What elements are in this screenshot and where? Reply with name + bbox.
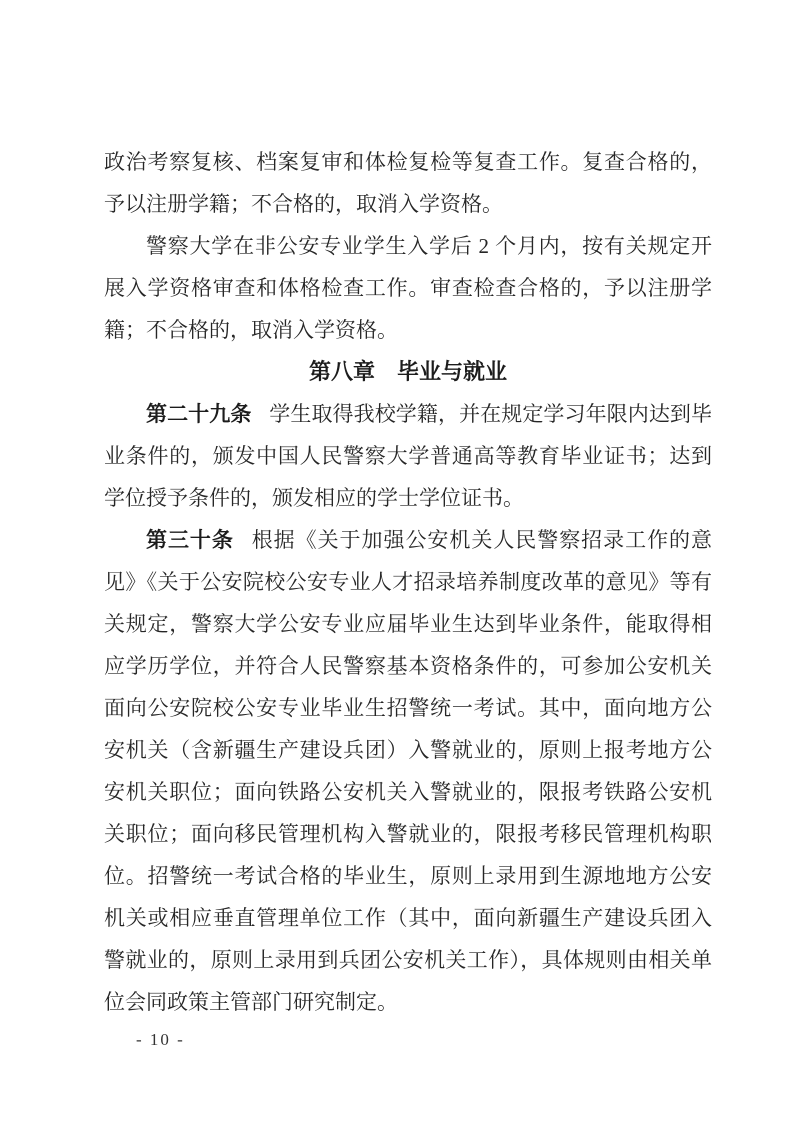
page-number: - 10 -: [136, 1026, 185, 1054]
article-29-paragraph: 第二十九条学生取得我校学籍，并在规定学习年限内达到毕业条件的，颁发中国人民警察大…: [104, 393, 712, 519]
document-page: 政治考察复核、档案复审和体检复检等复查工作。复查合格的，予以注册学籍；不合格的，…: [0, 0, 800, 1132]
document-body: 政治考察复核、档案复审和体检复检等复查工作。复查合格的，予以注册学籍；不合格的，…: [104, 141, 712, 1023]
paragraph-carryover: 政治考察复核、档案复审和体检复检等复查工作。复查合格的，予以注册学籍；不合格的，…: [104, 141, 712, 225]
article-30-paragraph: 第三十条根据《关于加强公安机关人民警察招录工作的意见》《关于公安院校公安专业人才…: [104, 519, 712, 1023]
article-30-number: 第三十条: [146, 528, 234, 552]
chapter-title: 毕业与就业: [397, 359, 507, 384]
article-30-text: 根据《关于加强公安机关人民警察招录工作的意见》《关于公安院校公安专业人才招录培养…: [104, 528, 712, 1014]
chapter-heading: 第八章毕业与就业: [104, 351, 712, 393]
article-29-number: 第二十九条: [146, 402, 251, 426]
chapter-number: 第八章: [309, 359, 375, 384]
paragraph-non-police-major: 警察大学在非公安专业学生入学后 2 个月内，按有关规定开展入学资格审查和体格检查…: [104, 225, 712, 351]
